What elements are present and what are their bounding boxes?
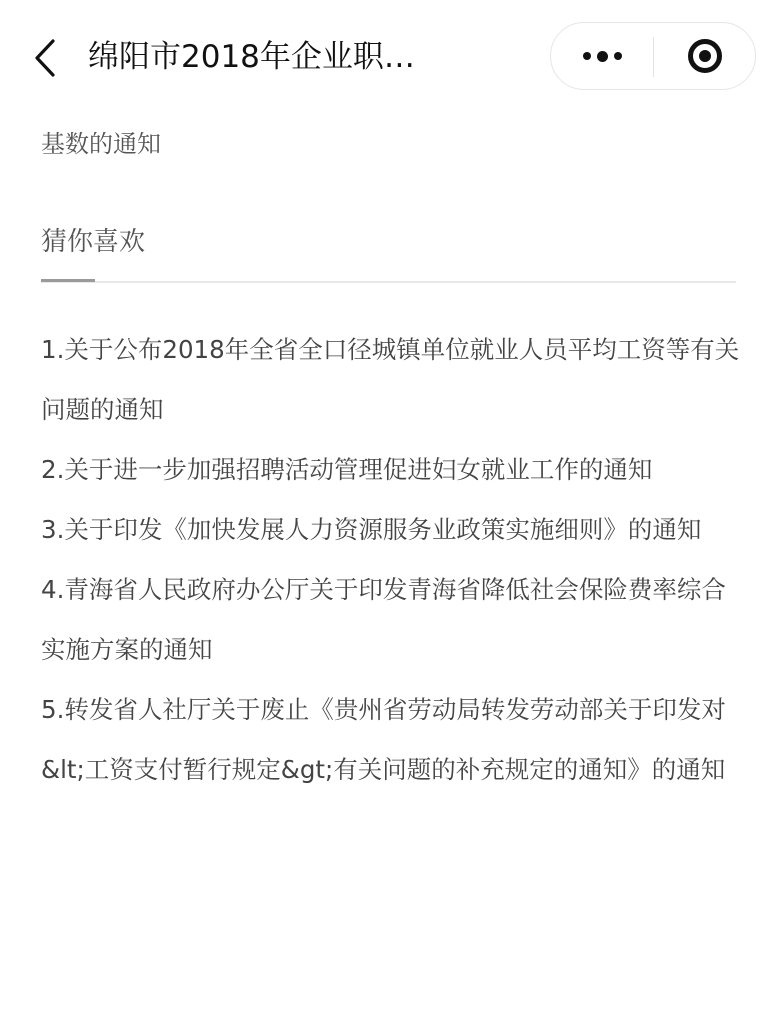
- close-button[interactable]: [654, 23, 756, 89]
- dot: [597, 51, 608, 62]
- recommend-item-4[interactable]: 4.青海省人民政府办公厅关于印发青海省降低社会保险费率综合实施方案的通知: [41, 560, 741, 680]
- more-dots-icon: [580, 51, 625, 62]
- chevron-left-icon: [33, 38, 57, 78]
- dot: [614, 52, 622, 60]
- recommend-item-2[interactable]: 2.关于进一步加强招聘活动管理促进妇女就业工作的通知: [41, 440, 741, 500]
- article-tail-text: 基数的通知: [41, 126, 161, 162]
- back-button[interactable]: [28, 36, 62, 80]
- navigation-bar: 绵阳市2018年企业职…: [0, 0, 777, 120]
- dot: [583, 52, 591, 60]
- mini-program-capsule: [550, 22, 756, 90]
- recommend-item-1[interactable]: 1.关于公布2018年全省全口径城镇单位就业人员平均工资等有关问题的通知: [41, 320, 741, 440]
- more-button[interactable]: [551, 23, 653, 89]
- target-circle-icon: [688, 39, 722, 73]
- recommend-item-5[interactable]: 5.转发省人社厅关于废止《贵州省劳动局转发劳动部关于印发对&lt;工资支付暂行规…: [41, 680, 741, 800]
- recommend-item-3[interactable]: 3.关于印发《加快发展人力资源服务业政策实施细则》的通知: [41, 500, 741, 560]
- section-tab-indicator: [41, 279, 95, 282]
- page-title: 绵阳市2018年企业职…: [88, 34, 415, 80]
- recommend-section-title: 猜你喜欢: [41, 222, 145, 262]
- section-divider: [41, 281, 736, 283]
- target-center: [699, 50, 711, 62]
- recommend-list: 1.关于公布2018年全省全口径城镇单位就业人员平均工资等有关问题的通知 2.关…: [41, 320, 741, 800]
